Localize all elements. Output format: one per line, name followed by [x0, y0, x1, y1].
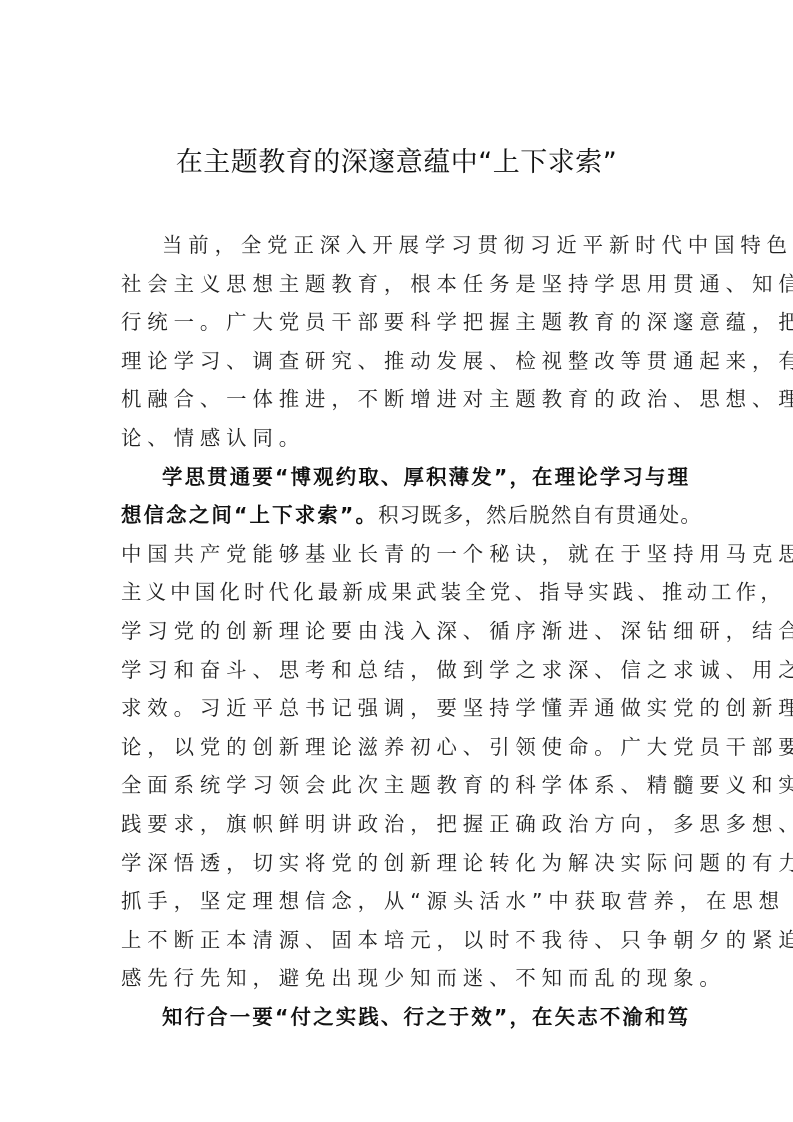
text-line: 行统一。广大党员干部要科学把握主题教育的深邃意蕴，把	[121, 303, 677, 342]
text-line: 理论学习、调查研究、推动发展、检视整改等贯通起来，有	[121, 342, 677, 381]
text-line: 论、情感认同。	[121, 419, 677, 458]
text-line: 学习和奋斗、思考和总结，做到学之求深、信之求诚、用之	[121, 651, 677, 690]
text-line: 知行合一要“付之实践、行之于效”，在矢志不渝和笃	[121, 998, 677, 1037]
text-line: 主义中国化时代化最新成果武装全党、指导实践、推动工作，	[121, 573, 677, 612]
text-line: 中国共产党能够基业长青的一个秘诀，就在于坚持用马克思	[121, 535, 677, 574]
text-line: 践要求，旗帜鲜明讲政治，把握正确政治方向，多思多想、	[121, 805, 677, 844]
text-line: 社会主义思想主题教育，根本任务是坚持学思用贯通、知信	[121, 265, 677, 304]
text-line: 抓手，坚定理想信念，从“源头活水”中获取营养，在思想	[121, 882, 677, 921]
section-heading: 学思贯通要“博观约取、厚积薄发”，在理论学习与理	[162, 465, 690, 489]
text-run: 积习既多，然后脱然自有贯通处。	[378, 503, 702, 527]
text-line: 想信念之间“上下求索”。积习既多，然后脱然自有贯通处。	[121, 496, 677, 535]
text-line: 机融合、一体推进，不断增进对主题教育的政治、思想、理	[121, 380, 677, 419]
text-line: 学思贯通要“博观约取、厚积薄发”，在理论学习与理	[121, 458, 677, 497]
text-line: 论，以党的创新理论滋养初心、引领使命。广大党员干部要	[121, 728, 677, 767]
text-line: 上不断正本清源、固本培元，以时不我待、只争朝夕的紧迫	[121, 921, 677, 960]
paragraph-2: 学思贯通要“博观约取、厚积薄发”，在理论学习与理 想信念之间“上下求索”。积习既…	[121, 458, 677, 998]
section-heading: 想信念之间“上下求索”。	[121, 503, 378, 527]
text-line: 求效。习近平总书记强调，要坚持学懂弄通做实党的创新理	[121, 689, 677, 728]
document-body: 当前，全党正深入开展学习贯彻习近平新时代中国特色 社会主义思想主题教育，根本任务…	[121, 226, 677, 1036]
paragraph-1: 当前，全党正深入开展学习贯彻习近平新时代中国特色 社会主义思想主题教育，根本任务…	[121, 226, 677, 458]
paragraph-3: 知行合一要“付之实践、行之于效”，在矢志不渝和笃	[121, 998, 677, 1037]
section-heading: 知行合一要“付之实践、行之于效”，在矢志不渝和笃	[162, 1005, 690, 1029]
text-line: 学习党的创新理论要由浅入深、循序渐进、深钻细研，结合	[121, 612, 677, 651]
text-line: 当前，全党正深入开展学习贯彻习近平新时代中国特色	[121, 226, 677, 265]
document-title: 在主题教育的深邃意蕴中“上下求索”	[0, 140, 793, 179]
text-line: 学深悟透，切实将党的创新理论转化为解决实际问题的有力	[121, 844, 677, 883]
text-line: 全面系统学习领会此次主题教育的科学体系、精髓要义和实	[121, 766, 677, 805]
text-line: 感先行先知，避免出现少知而迷、不知而乱的现象。	[121, 959, 677, 998]
